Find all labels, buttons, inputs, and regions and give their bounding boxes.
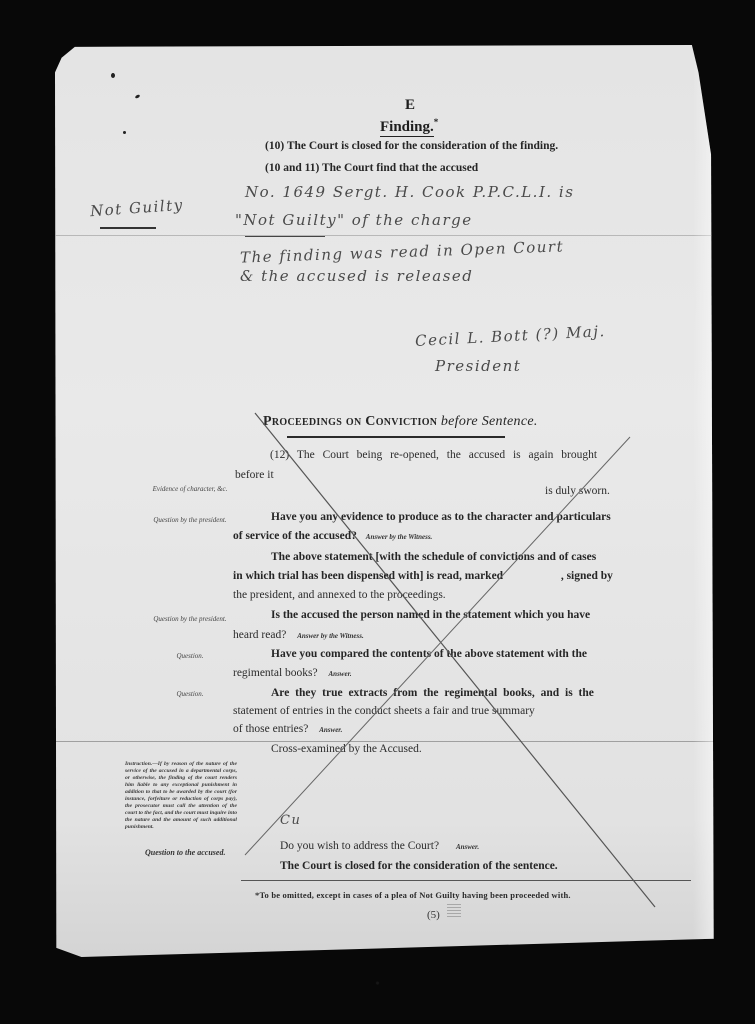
question-1-line-2: of service of the accused? Answer by the…	[233, 530, 432, 542]
question-2-line-1: Is the accused the person named in the s…	[271, 609, 590, 621]
margin-underline	[100, 227, 156, 229]
handwritten-line-3: The finding was read in Open Court	[240, 237, 565, 266]
instruction-note: Instruction.—If by reason of the nature …	[125, 761, 237, 831]
handwritten-line-2: "Not Guilty" of the charge	[235, 211, 473, 229]
line-10-11: (10 and 11) The Court find that the accu…	[265, 162, 478, 174]
president-title-handwritten: President	[435, 357, 521, 375]
fold-line-2	[55, 741, 715, 742]
line-10: (10) The Court is closed for the conside…	[265, 140, 558, 152]
handwritten-initial: Cu	[280, 813, 301, 828]
ink-speck	[135, 94, 141, 99]
margin-question-3: Question.	[150, 652, 230, 661]
finding-title: Finding.*	[380, 117, 438, 136]
finding-title-text: Finding.	[380, 119, 434, 137]
footnote: *To be omitted, except in cases of a ple…	[255, 890, 571, 900]
question-2-text: heard read?	[233, 629, 286, 641]
duly-sworn: is duly sworn.	[545, 485, 610, 497]
president-signature: Cecil L. Bott (?) Maj.	[415, 322, 606, 350]
closed-for-sentence: The Court is closed for the consideratio…	[280, 860, 558, 872]
para-12-line-2: before it	[235, 469, 274, 481]
question-1-line-1: Have you any evidence to produce as to t…	[271, 511, 611, 523]
para-12-line-1: (12) The Court being re-opened, the accu…	[270, 449, 597, 461]
question-4-text: of those entries?	[233, 723, 308, 735]
margin-question-by-president-1: Question by the president.	[150, 516, 230, 525]
margin-handwritten-finding: Not Guilty	[89, 196, 184, 220]
margin-evidence-of-character: Evidence of character, &c.	[150, 485, 230, 494]
question-4-line-1: Are they true extracts from the regiment…	[271, 687, 594, 699]
document-page: E Finding.* (10) The Court is closed for…	[55, 45, 715, 957]
proceedings-heading-smallcaps: Proceedings on Conviction	[263, 414, 437, 429]
question-3-answer-label: Answer.	[329, 670, 352, 678]
statement-line-1: The above statement [with the schedule o…	[271, 551, 596, 563]
question-3-line-1: Have you compared the contents of the ab…	[271, 648, 587, 660]
proceedings-heading: Proceedings on Conviction before Sentenc…	[263, 413, 538, 430]
page-number: (5)	[427, 909, 440, 921]
section-letter: E	[405, 97, 415, 114]
handwritten-line-4: & the accused is released	[240, 267, 473, 285]
question-3-text: regimental books?	[233, 667, 318, 679]
question-4-answer-label: Answer.	[319, 726, 342, 734]
question-2-line-2: heard read? Answer by the Witness.	[233, 629, 364, 641]
proceedings-heading-italic: before Sentence.	[441, 414, 538, 429]
fold-line	[55, 235, 715, 236]
statement-line-3: the president, and annexed to the procee…	[233, 589, 446, 601]
statement-line-2b: , signed by	[561, 570, 613, 582]
statement-line-2a: in which trial has been dispensed with] …	[233, 570, 503, 582]
margin-question-4: Question.	[150, 690, 230, 699]
stamp-mark	[447, 903, 461, 917]
question-5-answer-label: Answer.	[456, 843, 479, 851]
margin-question-to-accused: Question to the accused.	[145, 848, 225, 857]
cross-examined: Cross-examined by the Accused.	[271, 743, 422, 755]
question-4-line-3: of those entries? Answer.	[233, 723, 342, 735]
heading-underline	[287, 436, 505, 438]
ink-speck	[111, 73, 115, 78]
statement-line-2: in which trial has been dispensed with] …	[233, 570, 613, 582]
footnote-rule	[241, 880, 691, 881]
question-3-line-2: regimental books? Answer.	[233, 667, 352, 679]
handwritten-line-1: No. 1649 Sergt. H. Cook P.P.C.L.I. is	[245, 183, 574, 201]
ink-speck	[123, 131, 126, 134]
question-4-line-2: statement of entries in the conduct shee…	[233, 705, 535, 717]
margin-question-by-president-2: Question by the president.	[150, 615, 230, 624]
question-5-text: Do you wish to address the Court?	[280, 840, 439, 852]
footnote-marker: *	[434, 117, 439, 127]
question-5: Do you wish to address the Court? Answer…	[280, 840, 479, 852]
question-2-answer-label: Answer by the Witness.	[297, 632, 364, 640]
question-1-text: of service of the accused?	[233, 530, 357, 542]
question-1-answer-label: Answer by the Witness.	[366, 533, 433, 541]
